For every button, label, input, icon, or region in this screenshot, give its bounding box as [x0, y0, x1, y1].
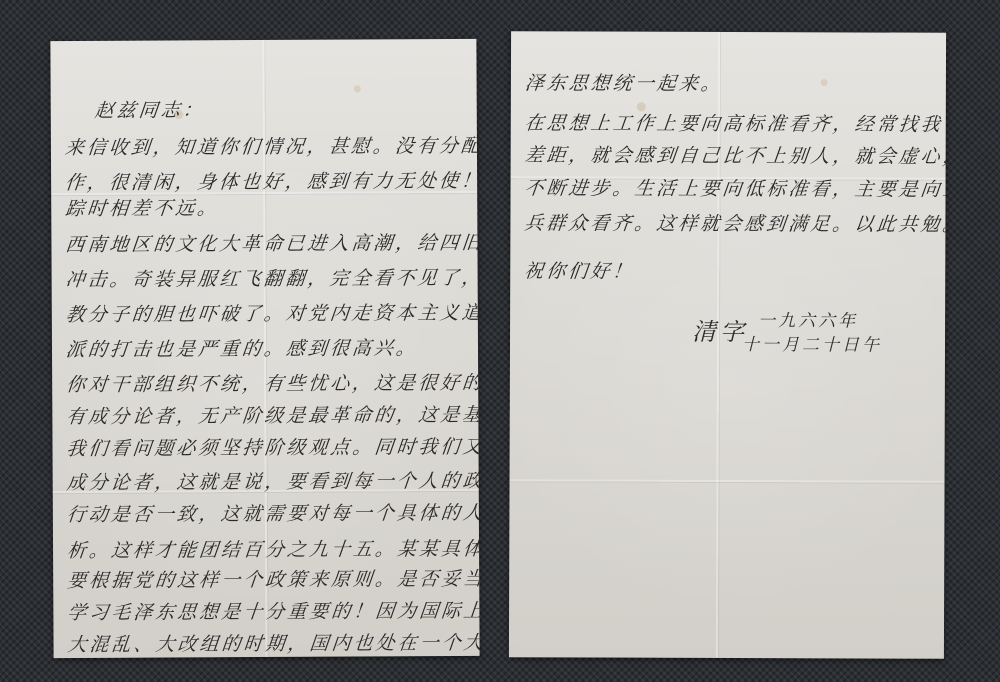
- date-line-2: 十一月二十日午: [742, 334, 882, 356]
- salutation: 赵兹同志：: [50, 97, 478, 123]
- letter-line: 泽东思想统一起来。: [510, 71, 946, 97]
- closing-line: 祝你们好！: [509, 259, 946, 285]
- letter-line: 派的打击也是严重的。感到很高兴。: [51, 336, 479, 362]
- paper-fold-horizontal: [510, 479, 945, 483]
- letter-line: 教分子的胆也吓破了。对党内走资本主义道路当权: [51, 301, 479, 327]
- letter-line: 行动是否一致，这就需要对每一个具体的人作具体分: [52, 501, 480, 527]
- letter-line: 学习毛泽东思想是十分重要的！因为国际上处在大动荡、: [52, 599, 479, 625]
- letter-line: 大混乱、大改组的时期，国内也处在一个大改造时: [52, 631, 479, 657]
- signature: 清字: [692, 312, 748, 347]
- letter-line: 西南地区的文化大革命已进入高潮，给四旧以很大的: [50, 231, 478, 257]
- letter-line: 兵群众看齐。这样就会感到满足。以此共勉。: [509, 211, 946, 237]
- letter-page-right: 泽东思想统一起来。 在思想上工作上要向高标准看齐，经常找我 差距，就会感到自己比…: [509, 31, 946, 659]
- letter-line: 冲击。奇装异服红飞翻翻，完全看不见了，资产阶级、王: [50, 266, 478, 292]
- letter-line: 你对干部组织不统，有些忧心，这是很好的。共产党人是: [51, 371, 479, 397]
- letter-line: 来信收到，知道你们情况，甚慰。没有分配日常事务工: [50, 134, 478, 160]
- letter-line: 在思想上工作上要向高标准看齐，经常找我: [509, 111, 946, 137]
- letter-line: 差距，就会感到自己比不上别人，就会虚心，就会: [509, 143, 946, 169]
- date-line-1: 一九六六年: [758, 310, 858, 332]
- letter-line: 要根据党的这样一个政策来原则。是否妥当，请你斟酌。: [52, 567, 480, 593]
- letter-line: 踪时相差不远。: [50, 195, 478, 221]
- letter-line: 作，很清闲，身体也好，感到有力无处使！其他大伴与你: [50, 169, 478, 195]
- letter-line: 成分论者，这就是说，要看到每一个人的政治表现，言论和: [52, 469, 480, 495]
- letter-line: 析。这样才能团结百分之九十五。某某具体情况都明了，: [52, 537, 480, 563]
- letter-line: 我们看问题必须坚持阶级观点。同时我们又不是唯: [51, 435, 479, 461]
- letter-line: 不断进步。生活上要向低标准看，主要是向工农: [509, 176, 946, 202]
- letter-page-left: 赵兹同志： 来信收到，知道你们情况，甚慰。没有分配日常事务工 作，很清闲，身体也…: [50, 39, 479, 658]
- letter-line: 有成分论者，无产阶级是最革命的，这是基本的观点。因此，: [51, 403, 479, 429]
